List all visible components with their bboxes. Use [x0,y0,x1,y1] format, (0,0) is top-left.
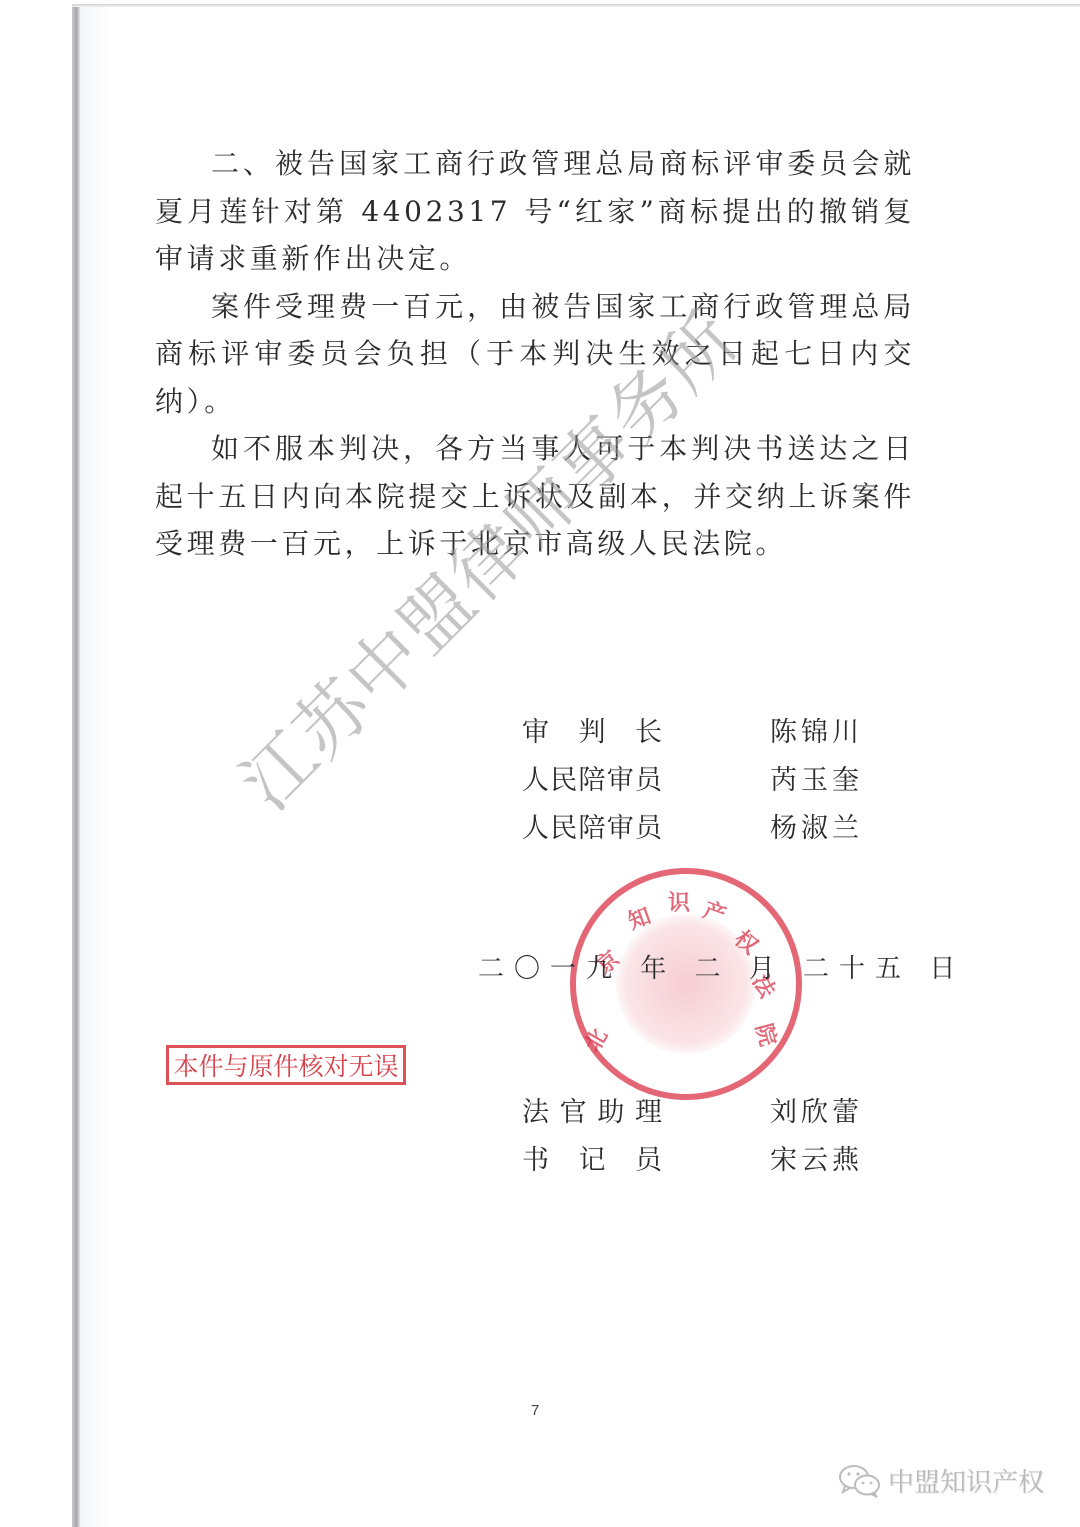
role-char: 审 [607,758,634,797]
signature-name: 杨淑兰 [770,806,863,845]
paragraph-retrial-order: 二、被告国家工商行政管理总局商标评审委员会就夏月莲针对第 4402317 号“红… [155,140,915,283]
wechat-account-name: 中盟知识产权 [888,1462,1044,1499]
signature-role: 人 民 陪 审 员 [522,758,662,797]
signature-row-presiding-judge: 审 判 长 陈锦川 [0,710,1080,746]
signature-role: 书 记 员 [522,1138,662,1177]
role-char: 员 [635,806,662,845]
copy-verified-stamp: 本件与原件核对无误 [166,1045,406,1085]
signature-name: 刘欣蕾 [770,1090,863,1129]
wechat-icon [838,1463,882,1499]
role-char: 长 [635,710,662,749]
signature-name: 陈锦川 [770,710,863,749]
role-char: 审 [607,806,634,845]
role-char: 判 [579,710,606,749]
signature-row-juror-2: 人 民 陪 审 员 杨淑兰 [0,806,1080,842]
role-char: 员 [635,1138,662,1177]
signature-name: 宋云燕 [770,1138,863,1177]
signature-role: 人 民 陪 审 员 [522,806,662,845]
role-char: 官 [560,1090,587,1129]
role-char: 助 [597,1090,624,1129]
role-char: 人 [522,758,549,797]
role-char: 人 [522,806,549,845]
signature-row-juror-1: 人 民 陪 审 员 芮玉奎 [0,758,1080,794]
seal-char: 产 [699,893,730,930]
seal-char: 识 [668,886,690,917]
judgment-date: 二〇一九 年 二 月 二十五 日 [478,948,965,985]
signature-row-clerk: 书 记 员 宋云燕 [0,1138,1080,1174]
role-char: 陪 [579,758,606,797]
role-char: 理 [635,1090,662,1129]
role-char: 员 [635,758,662,797]
page-number: 7 [531,1402,539,1419]
role-char: 法 [522,1090,549,1129]
signature-name: 芮玉奎 [770,758,863,797]
signature-row-judge-assistant: 法 官 助 理 刘欣蕾 [0,1090,1080,1126]
wechat-account-watermark: 中盟知识产权 [838,1462,1044,1499]
seal-char: 院 [749,1020,785,1049]
role-char: 民 [550,806,577,845]
signature-role: 审 判 长 [522,710,662,749]
role-char: 书 [522,1138,549,1177]
role-char: 审 [522,710,549,749]
role-char: 民 [550,758,577,797]
paragraph-case-fee: 案件受理费一百元，由被告国家工商行政管理总局商标评审委员会负担（于本判决生效之日… [155,283,915,426]
role-char: 陪 [579,806,606,845]
role-char: 记 [579,1138,606,1177]
signature-role: 法 官 助 理 [522,1090,662,1129]
